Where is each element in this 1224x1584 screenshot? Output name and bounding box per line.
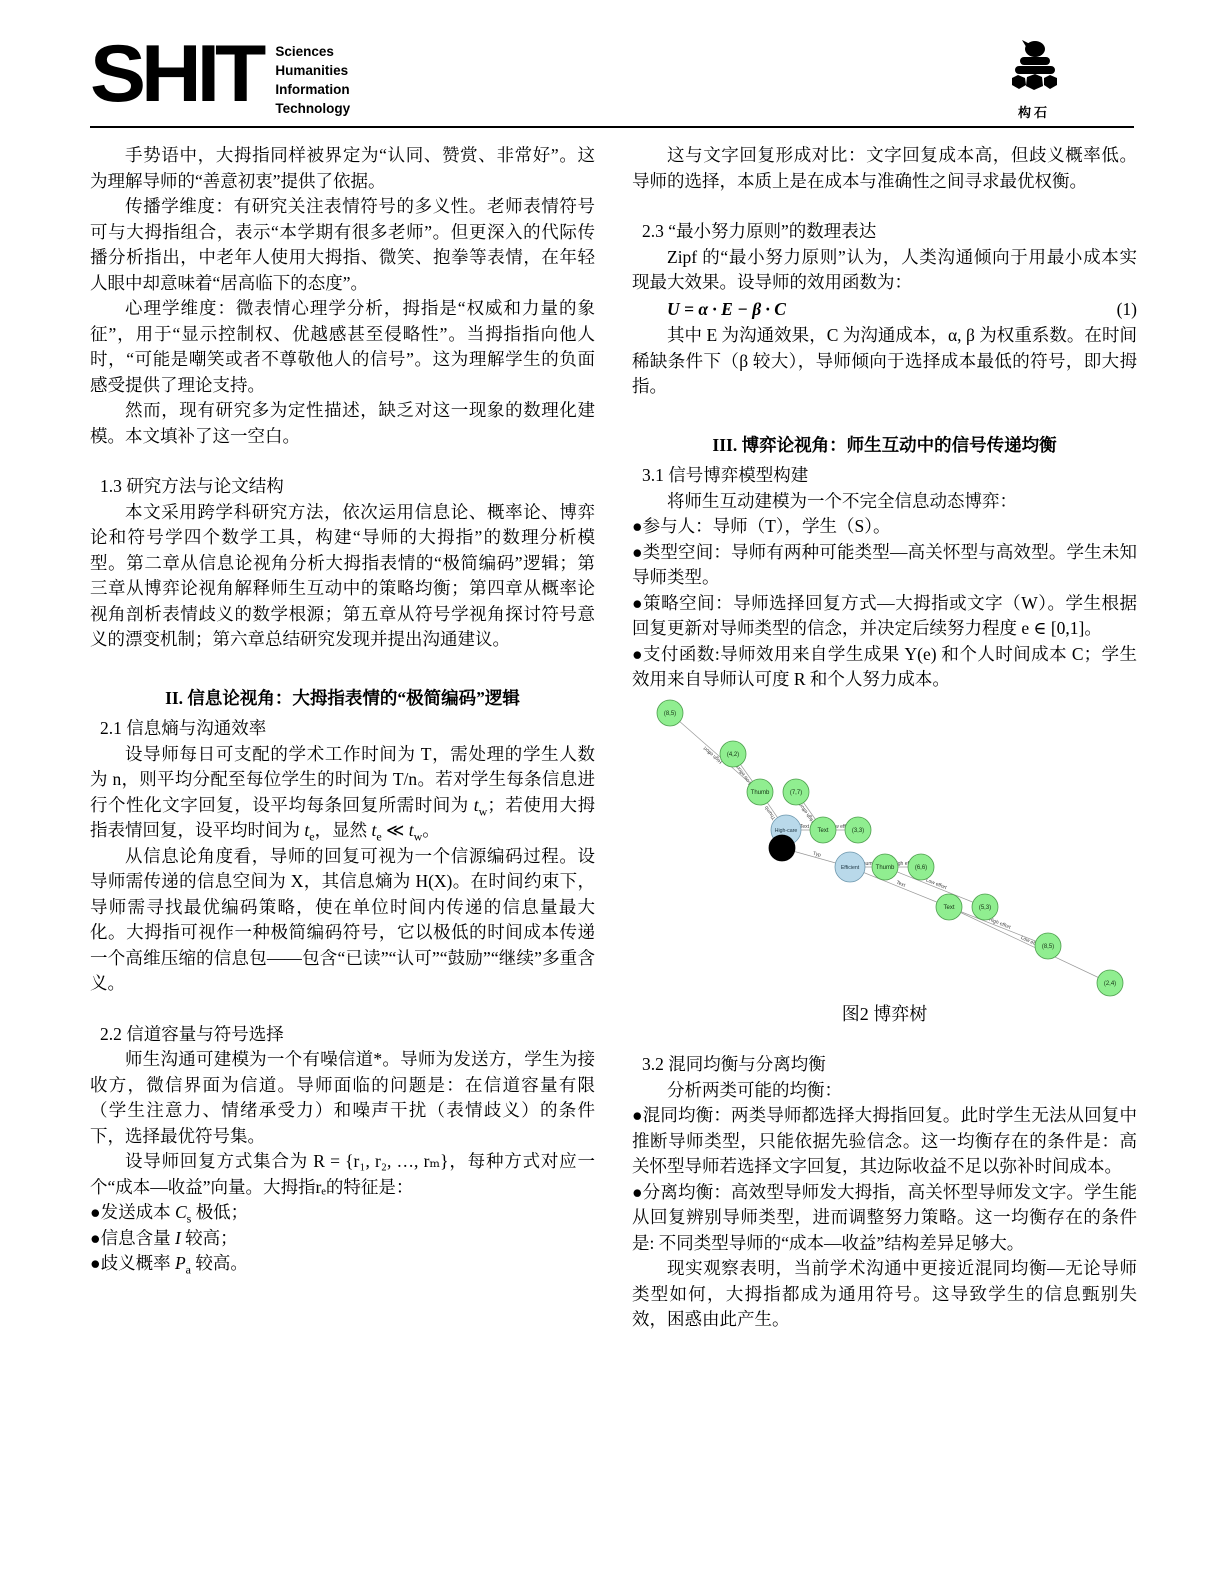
para-source-coding: 从信息论角度看，导师的回复可视为一个信源编码过程。设导师需传递的信息空间为 X，… bbox=[90, 844, 595, 997]
para-psychology-dimension: 心理学维度：微表情心理学分析，拇指是“权威和力量的象征”，用于“显示控制权、优越… bbox=[90, 296, 595, 398]
journal-masthead: SHIT Sciences Humanities Information Tec… bbox=[90, 36, 350, 118]
equation-number: (1) bbox=[1117, 297, 1137, 323]
rock-pile-logo-icon bbox=[1004, 83, 1064, 100]
heading-2-3: 2.3 “最小努力原则”的数理表达 bbox=[632, 219, 1137, 245]
tree-node-label: Text bbox=[943, 905, 954, 911]
para-gesture-definition: 手势语中，大拇指同样被界定为“认同、赞赏、非常好”。这为理解导师的“善意初衷”提… bbox=[90, 143, 595, 194]
bullet-info-content: ●信息含量 I 较高； bbox=[90, 1226, 595, 1252]
bullet-type-space: ●类型空间：导师有两种可能类型—高关怀型与高效型。学生未知导师类型。 bbox=[632, 540, 1137, 591]
para-reality-observation: 现实观察表明，当前学术沟通中更接近混同均衡—无论导师类型如何，大拇指都成为通用符… bbox=[632, 1256, 1137, 1333]
tree-edge bbox=[949, 907, 1110, 983]
bullet-send-cost: ●发送成本 Cs 极低； bbox=[90, 1200, 595, 1226]
tree-edge-label: Text bbox=[895, 879, 906, 888]
tree-node-label: High-care bbox=[775, 828, 798, 834]
heading-3-2: 3.2 混同均衡与分离均衡 bbox=[632, 1052, 1137, 1078]
bullet-strategy-space: ●策略空间：导师选择回复方式—大拇指或文字（W）。学生根据回复更新对导师类型的信… bbox=[632, 591, 1137, 642]
tree-node-label: (3,3) bbox=[852, 828, 864, 834]
para-communication-dimension: 传播学维度：有研究关注表情符号的多义性。老师表情符号可与大拇指组合，表示“本学期… bbox=[90, 194, 595, 296]
tree-edge-label: Text bbox=[800, 824, 810, 830]
journal-name-line: Sciences bbox=[275, 42, 350, 61]
journal-name-line: Technology bbox=[275, 99, 350, 118]
bullet-ambiguity-prob: ●歧义概率 Pa 较高。 bbox=[90, 1251, 595, 1277]
tree-node-label: (8,5) bbox=[664, 711, 676, 717]
tree-node-label: (4,2) bbox=[727, 752, 739, 758]
tree-edge-label: Typ bbox=[812, 850, 822, 858]
right-column: 这与文字回复形成对比：文字回复成本高，但歧义概率低。导师的选择，本质上是在成本与… bbox=[632, 143, 1137, 1333]
para-research-gap: 然而，现有研究多为定性描述，缺乏对这一现象的数理化建模。本文填补了这一空白。 bbox=[90, 398, 595, 449]
tree-node-label: Thumb bbox=[876, 865, 895, 871]
figure-caption: 图2 博弈树 bbox=[632, 1002, 1137, 1028]
bullet-players: ●参与人：导师（T），学生（S）。 bbox=[632, 514, 1137, 540]
heading-section-3: III. 博弈论视角：师生互动中的信号传递均衡 bbox=[632, 433, 1137, 459]
header-divider bbox=[90, 126, 1134, 128]
publisher-logo: 构石 bbox=[995, 38, 1073, 121]
tree-node-label: (8,5) bbox=[1042, 944, 1054, 950]
para-formula-terms: 其中 E 为沟通效果，C 为沟通成本，α, β 为权重系数。在时间稀缺条件下（β… bbox=[632, 323, 1137, 400]
journal-name-lines: Sciences Humanities Information Technolo… bbox=[275, 36, 350, 118]
heading-2-2: 2.2 信道容量与符号选择 bbox=[90, 1022, 595, 1048]
journal-name-line: Humanities bbox=[275, 61, 350, 80]
bullet-pooling-equilibrium: ●混同均衡：两类导师都选择大拇指回复。此时学生无法从回复中推断导师类型，只能依据… bbox=[632, 1103, 1137, 1180]
tree-node-label: (2,4) bbox=[1104, 981, 1116, 987]
para-zipf: Zipf 的“最小努力原则”认为，人类沟通倾向于用最小成本实现最大效果。设导师的… bbox=[632, 245, 1137, 296]
tree-node-label: (6,6) bbox=[915, 865, 927, 871]
tree-node-label: (5,3) bbox=[979, 905, 991, 911]
para-reply-set: 设导师回复方式集合为 R = {r₁, r₂, …, rₘ}，每种方式对应一个“… bbox=[90, 1149, 595, 1200]
equation-1: U = α · E − β · C (1) bbox=[632, 297, 1137, 323]
bullet-separating-equilibrium: ●分离均衡：高效型导师发大拇指，高关怀型导师发文字。学生能从回复辨别导师类型，进… bbox=[632, 1180, 1137, 1257]
journal-logo-text: SHIT bbox=[90, 37, 261, 108]
para-methodology: 本文采用跨学科研究方法，依次运用信息论、概率论、博弈论和符号学四个数学工具，构建… bbox=[90, 500, 595, 653]
tree-edge-label: Low effort bbox=[735, 763, 753, 785]
tree-node-label: (7,7) bbox=[790, 790, 802, 796]
left-column: 手势语中，大拇指同样被界定为“认同、赞赏、非常好”。这为理解导师的“善意初衷”提… bbox=[90, 143, 595, 1277]
heading-3-1: 3.1 信号博弈模型构建 bbox=[632, 463, 1137, 489]
para-noisy-channel: 师生沟通可建模为一个有噪信道*。导师为发送方，学生为接收方，微信界面为信道。导师… bbox=[90, 1047, 595, 1149]
bullet-payoff-function: ●支付函数:导师效用来自学生成果 Y(e) 和个人时间成本 C；学生效用来自导师… bbox=[632, 642, 1137, 693]
utility-formula: U = α · E − β · C bbox=[632, 297, 1117, 323]
journal-name-line: Information bbox=[275, 80, 350, 99]
tree-node-label: Text bbox=[817, 828, 828, 834]
tree-node-nature bbox=[769, 835, 795, 861]
para-game-setup: 将师生互动建模为一个不完全信息动态博弈： bbox=[632, 489, 1137, 515]
heading-section-2: II. 信息论视角：大拇指表情的“极简编码”逻辑 bbox=[90, 686, 595, 712]
publisher-name: 构石 bbox=[995, 102, 1073, 121]
para-text-contrast: 这与文字回复形成对比：文字回复成本高，但歧义概率低。导师的选择，本质上是在成本与… bbox=[632, 143, 1137, 194]
game-tree-figure: High effortLow effortThumbTextHigh effor… bbox=[632, 695, 1137, 1028]
para-equilibria-intro: 分析两类可能的均衡： bbox=[632, 1078, 1137, 1104]
tree-node-label: Thumb bbox=[751, 790, 770, 796]
heading-2-1: 2.1 信息熵与沟通效率 bbox=[90, 716, 595, 742]
tree-node-label: Efficient bbox=[841, 865, 860, 871]
heading-1-3: 1.3 研究方法与论文结构 bbox=[90, 474, 595, 500]
para-time-budget: 设导师每日可支配的学术工作时间为 T，需处理的学生人数为 n，则平均分配至每位学… bbox=[90, 742, 595, 844]
game-tree-svg: High effortLow effortThumbTextHigh effor… bbox=[632, 695, 1137, 1000]
